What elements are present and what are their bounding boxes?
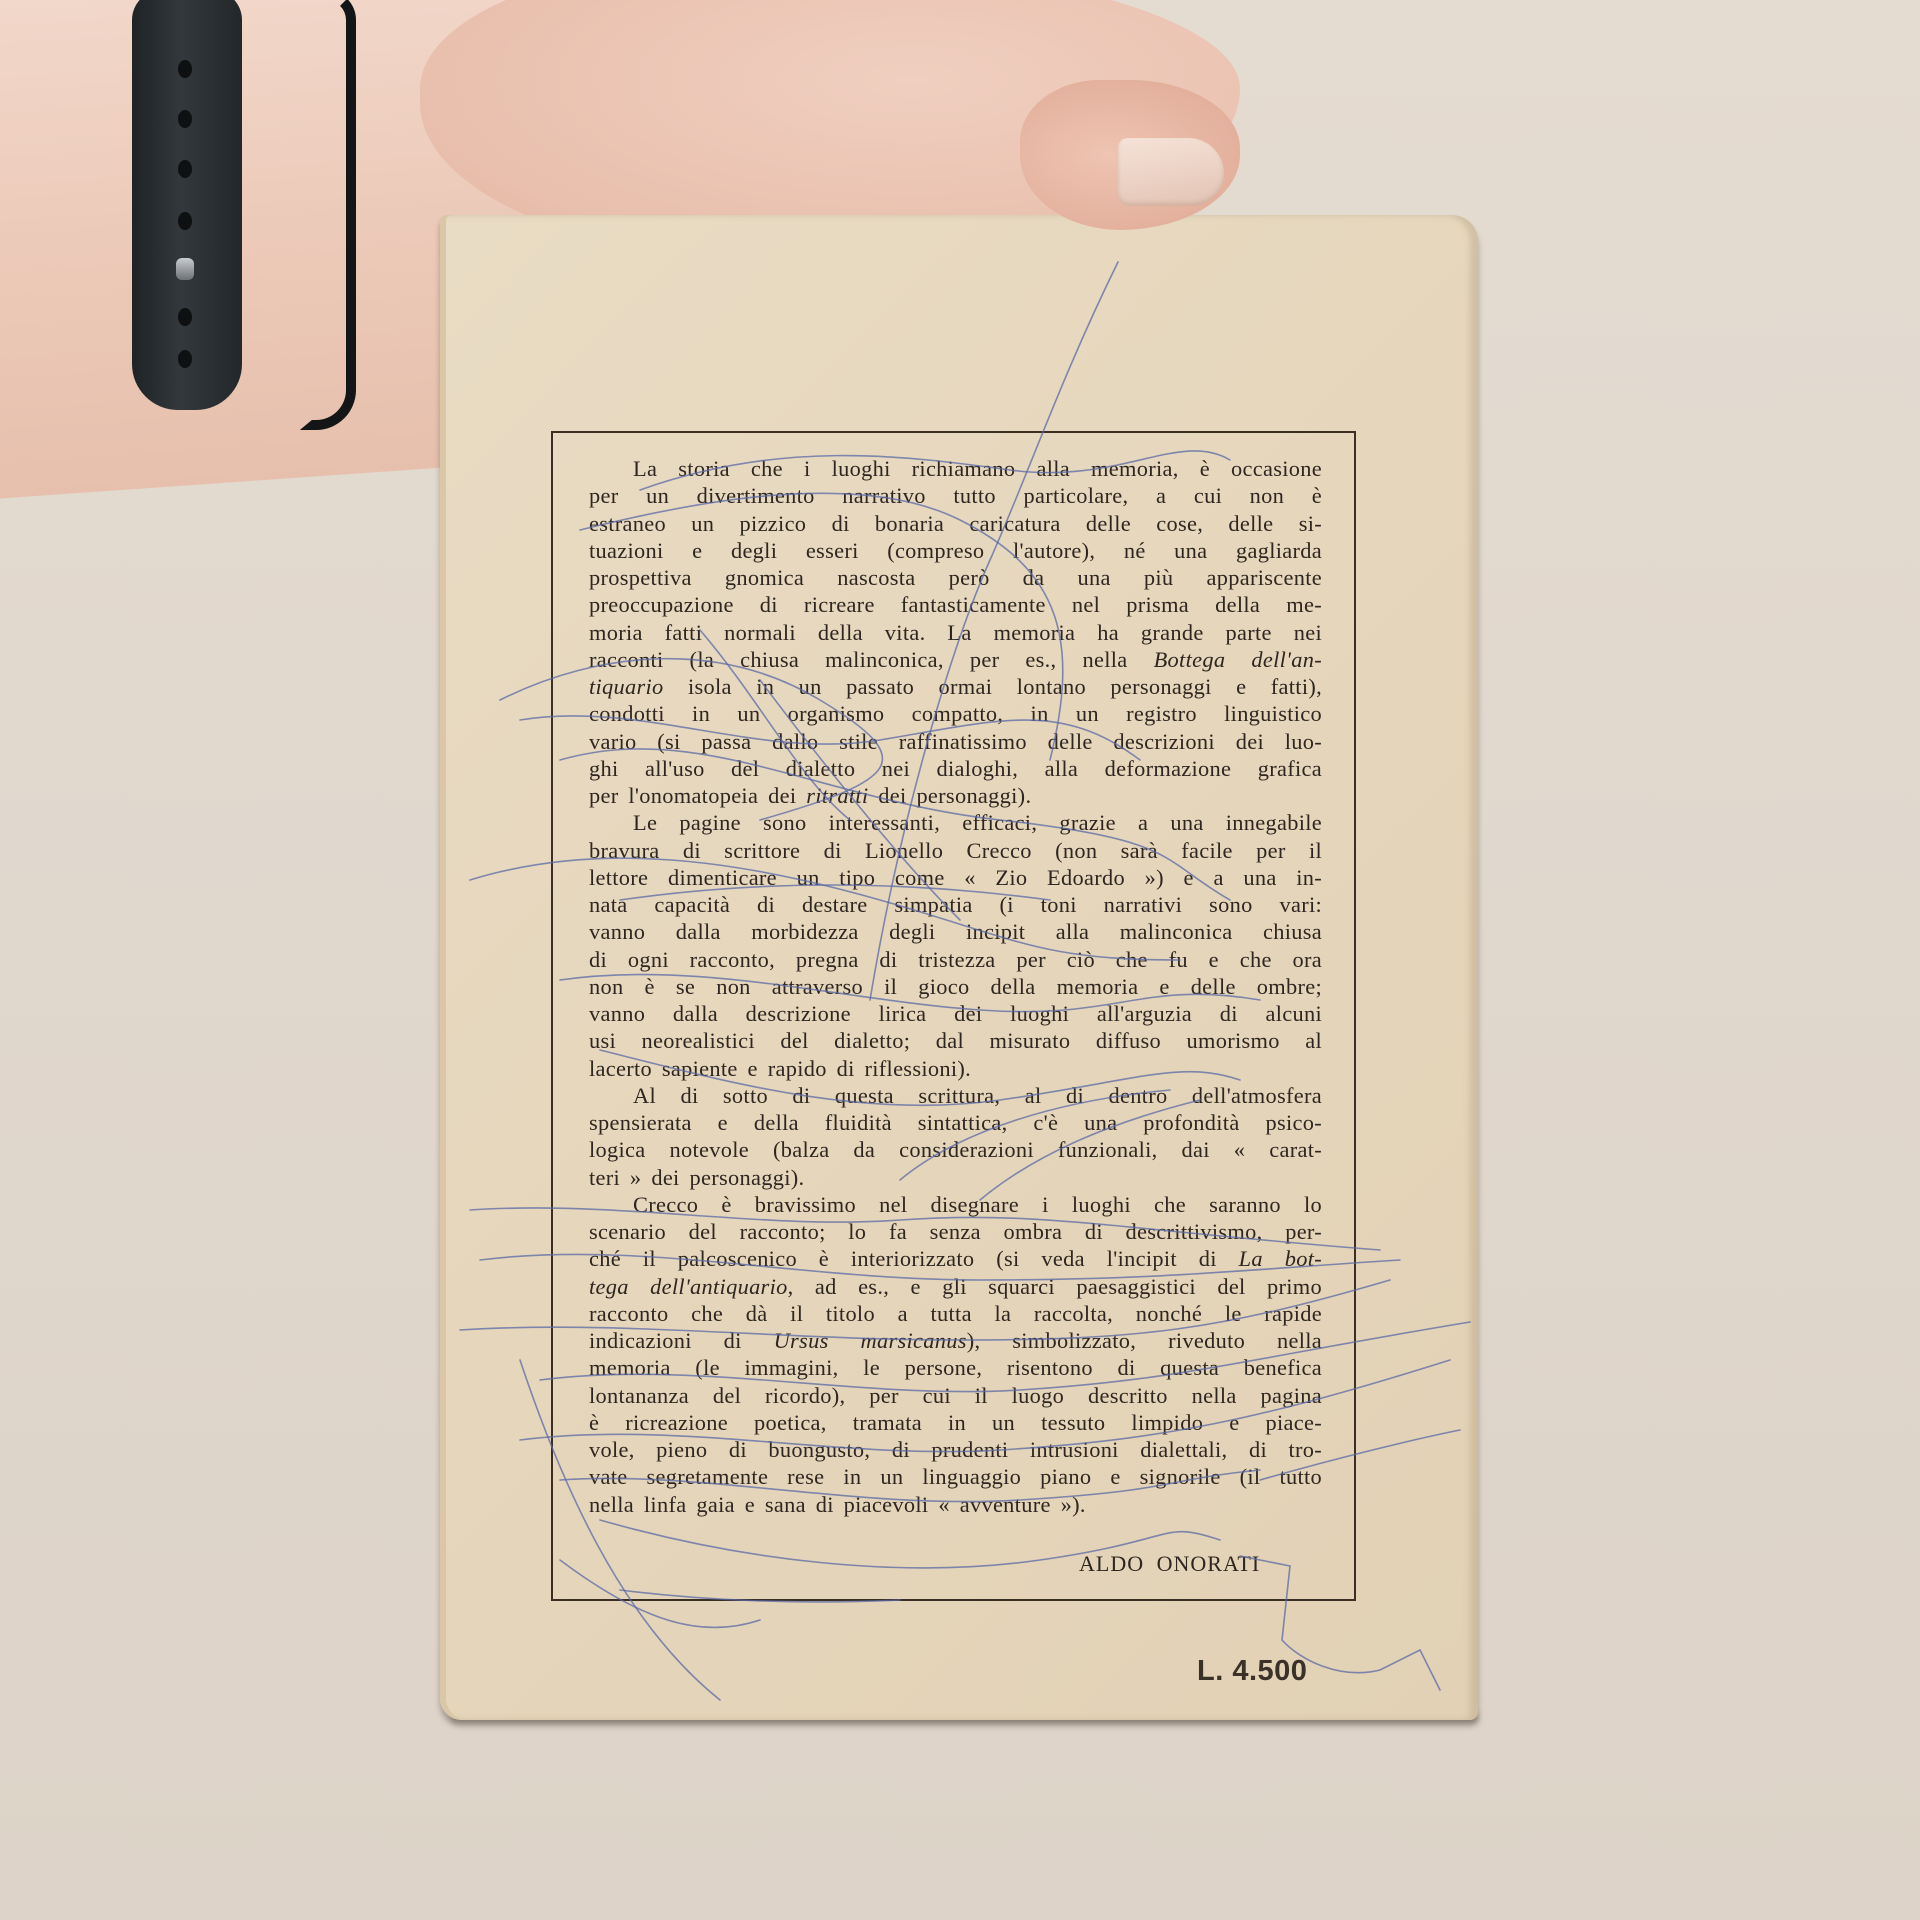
blurb-line: racconto che dà il titolo a tutta la rac… xyxy=(589,1300,1322,1327)
blurb-line: per l'onomatopeia dei ritratti dei perso… xyxy=(589,782,1322,809)
band-hole xyxy=(178,350,192,368)
band-hole xyxy=(178,212,192,230)
blurb-text: La storia che i luoghi richiamano alla m… xyxy=(589,455,1322,1518)
blurb-line: moria fatti normali della vita. La memor… xyxy=(589,619,1322,646)
book-back-cover: La storia che i luoghi richiamano alla m… xyxy=(440,215,1478,1720)
blurb-line: preoccupazione di ricreare fantasticamen… xyxy=(589,591,1322,618)
blurb-line: tega dell'antiquario, ad es., e gli squa… xyxy=(589,1273,1322,1300)
blurb-line: per un divertimento narrativo tutto part… xyxy=(589,482,1322,509)
blurb-line: non è se non attraverso il gioco della m… xyxy=(589,973,1322,1000)
blurb-line: scenario del racconto; lo fa senza ombra… xyxy=(589,1218,1322,1245)
blurb-line: Al di sotto di questa scrittura, al di d… xyxy=(589,1082,1322,1109)
blurb-line: nata capacità di destare simpatia (i ton… xyxy=(589,891,1322,918)
band-hole xyxy=(178,110,192,128)
blurb-line: La storia che i luoghi richiamano alla m… xyxy=(589,455,1322,482)
blurb-line: è ricreazione poetica, tramata in un tes… xyxy=(589,1409,1322,1436)
blurb-line: vanno dalla morbidezza degli incipit all… xyxy=(589,918,1322,945)
blurb-line: tiquario isola in un passato ormai lonta… xyxy=(589,673,1322,700)
blurb-frame: La storia che i luoghi richiamano alla m… xyxy=(551,431,1356,1601)
blurb-line: vario (si passa dallo stile raffinatissi… xyxy=(589,728,1322,755)
author-signature: ALDO ONORATI xyxy=(1079,1551,1260,1577)
blurb-line: vate segretamente rese in un linguaggio … xyxy=(589,1463,1322,1490)
blurb-line: ghi all'uso del dialetto nei dialoghi, a… xyxy=(589,755,1322,782)
blurb-line: condotti in un organismo compatto, in un… xyxy=(589,700,1322,727)
blurb-line: bravura di scrittore di Lionello Crecco … xyxy=(589,837,1322,864)
band-pin xyxy=(176,258,194,280)
blurb-line: Le pagine sono interessanti, efficaci, g… xyxy=(589,809,1322,836)
blurb-line: Crecco è bravissimo nel disegnare i luog… xyxy=(589,1191,1322,1218)
blurb-line: lettore dimenticare un tipo come « Zio E… xyxy=(589,864,1322,891)
wristband xyxy=(132,0,242,410)
blurb-line: teri » dei personaggi). xyxy=(589,1164,1322,1191)
blurb-line: lontananza del ricordo), per cui il luog… xyxy=(589,1382,1322,1409)
blurb-line: estraneo un pizzico di bonaria caricatur… xyxy=(589,510,1322,537)
blurb-line: vole, pieno di buongusto, di prudenti in… xyxy=(589,1436,1322,1463)
band-hole xyxy=(178,60,192,78)
blurb-line: usi neorealistici del dialetto; dal misu… xyxy=(589,1027,1322,1054)
hair-tie xyxy=(300,0,356,430)
band-hole xyxy=(178,308,192,326)
blurb-line: di ogni racconto, pregna di tristezza pe… xyxy=(589,946,1322,973)
blurb-line: prospettiva gnomica nascosta però da una… xyxy=(589,564,1322,591)
blurb-line: logica notevole (balza da considerazioni… xyxy=(589,1136,1322,1163)
blurb-line: spensierata e della fluidità sintattica,… xyxy=(589,1109,1322,1136)
blurb-line: indicazioni di Ursus marsicanus), simbol… xyxy=(589,1327,1322,1354)
thumbnail-nail xyxy=(1118,138,1224,206)
blurb-line: memoria (le immagini, le persone, risent… xyxy=(589,1354,1322,1381)
blurb-line: tuazioni e degli esseri (compreso l'auto… xyxy=(589,537,1322,564)
band-hole xyxy=(178,160,192,178)
blurb-line: ché il palcoscenico è interiorizzato (si… xyxy=(589,1245,1322,1272)
blurb-line: racconti (la chiusa malinconica, per es.… xyxy=(589,646,1322,673)
blurb-line: lacerto sapiente e rapido di riflessioni… xyxy=(589,1055,1322,1082)
blurb-line: nella linfa gaia e sana di piacevoli « a… xyxy=(589,1491,1322,1518)
price-label: L. 4.500 xyxy=(1197,1655,1307,1688)
blurb-line: vanno dalla descrizione lirica dei luogh… xyxy=(589,1000,1322,1027)
